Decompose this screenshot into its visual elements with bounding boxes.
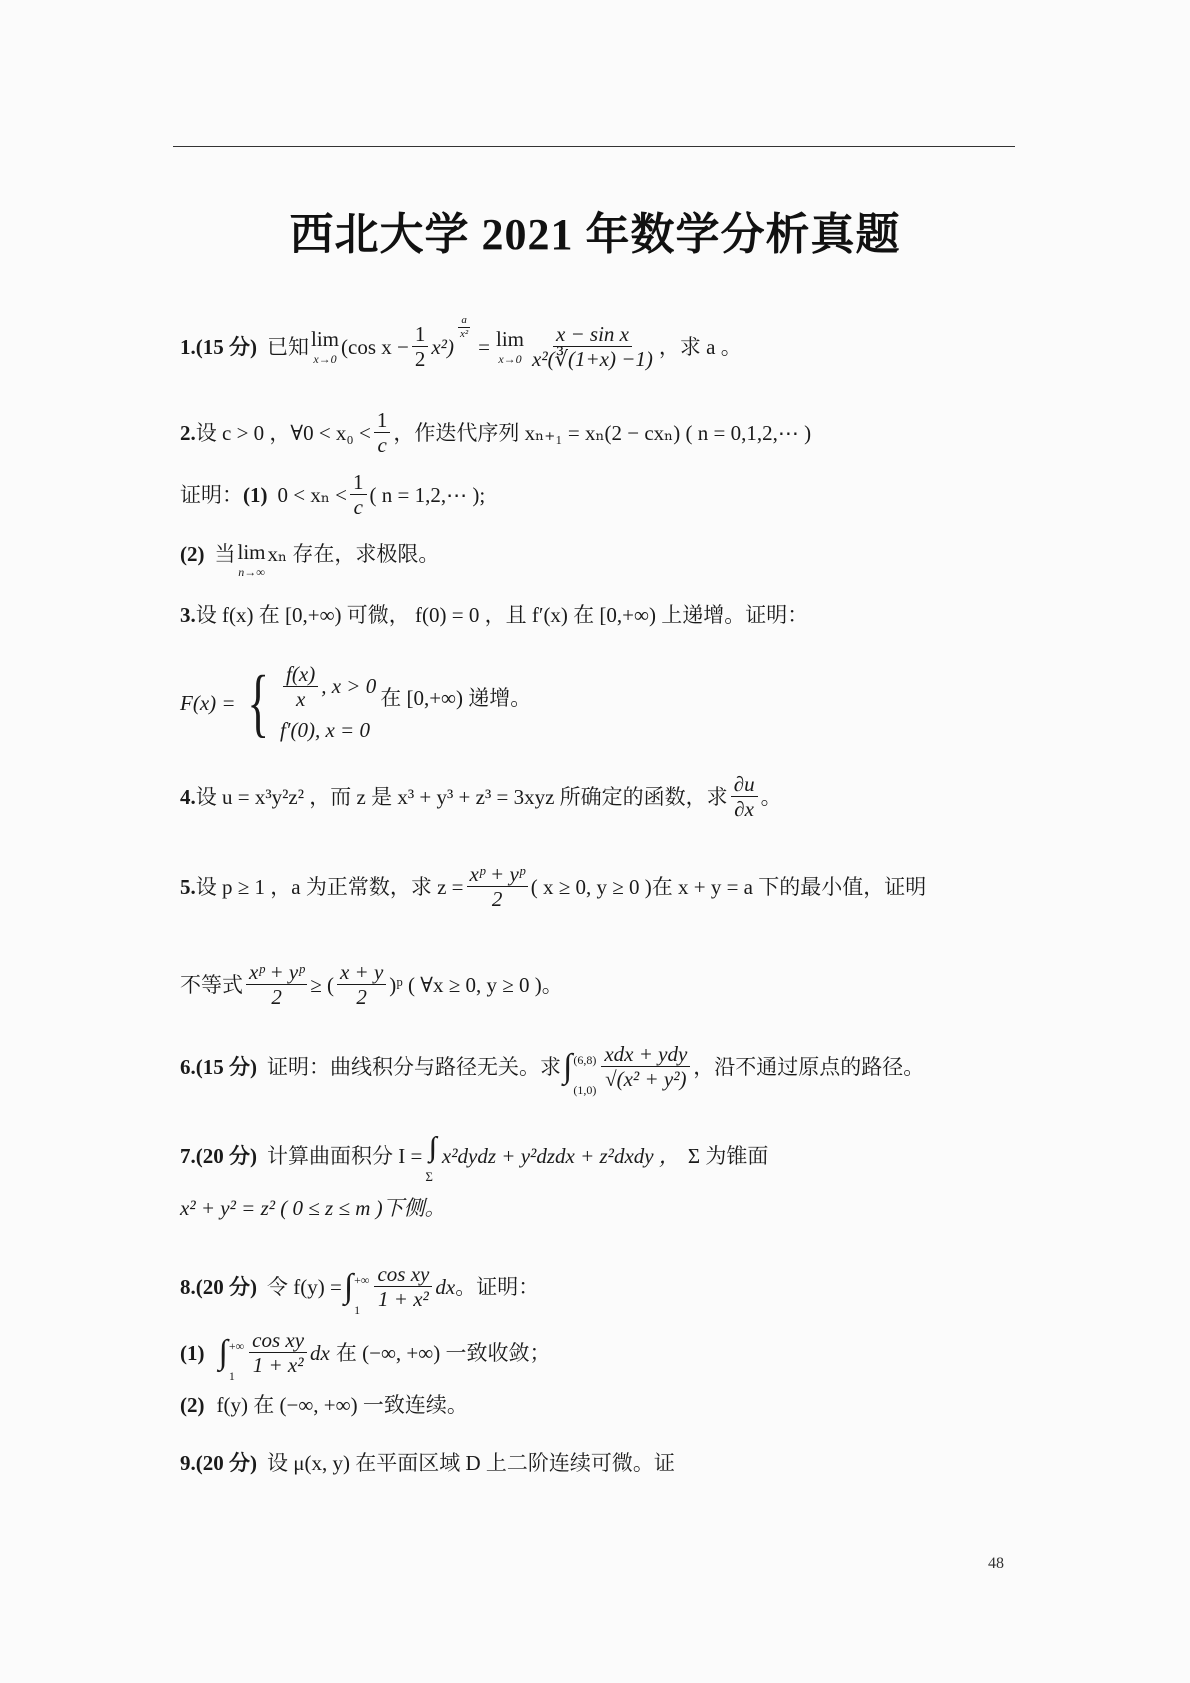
problem-number: 7.	[180, 1141, 196, 1171]
problem-7: 7. (20 分) 计算曲面积分 I = ∫∫ Σ x²dydz + y²dzd…	[180, 1120, 768, 1192]
problem-8-part-2: (2) f(y) 在 (−∞, +∞) 一致连续。	[180, 1390, 468, 1420]
problem-9: 9. (20 分) 设 μ(x, y) 在平面区域 D 上二阶连续可微。证	[180, 1448, 675, 1478]
limit: lim x→0	[496, 329, 524, 365]
fraction: cos xy 1 + x²	[249, 1328, 307, 1377]
integral-sign: ∫	[563, 1050, 572, 1084]
surface-integral: ∫∫ Σ	[425, 1134, 433, 1192]
page-title: 西北大学 2021 年数学分析真题	[0, 198, 1190, 262]
fraction: xᵖ + yᵖ 2	[467, 862, 528, 911]
fraction: xdx + ydy √(x² + y²)	[601, 1042, 690, 1091]
problem-number: 4.	[180, 782, 196, 812]
problem-points: (20 分)	[196, 1141, 257, 1171]
limit: lim n→∞	[238, 542, 266, 578]
problem-number: 8.	[180, 1272, 196, 1302]
header-rule	[173, 146, 1015, 147]
page-number: 48	[988, 1555, 1004, 1573]
problem-5: 5. 设 p ≥ 1 ，a 为正常数，求 z = xᵖ + yᵖ 2 ( x ≥…	[180, 862, 926, 911]
problem-1: 1. (15 分) 已知 lim x→0 (cos x − 1 2 x²) a …	[180, 322, 742, 371]
problem-8-part-1: (1) ∫ +∞ 1 cos xy 1 + x² dx 在 (−∞, +∞) 一…	[180, 1328, 551, 1377]
integral-sign: ∫	[219, 1336, 228, 1370]
fraction: x + y 2	[337, 960, 386, 1009]
problem-number: 6.	[180, 1052, 196, 1082]
problem-3: 3. 设 f(x) 在 [0,+∞) 可微， f(0) = 0 ，且 f′(x)…	[180, 600, 808, 630]
problem-2: 2. 设 c > 0 ，∀0 < x₀ < 1 c ，作迭代序列 xₙ₊₁ = …	[180, 408, 811, 457]
problem-8: 8. (20 分) 令 f(y) = ∫ +∞ 1 cos xy 1 + x² …	[180, 1262, 539, 1311]
problem-number: 9.	[180, 1448, 196, 1478]
problem-4: 4. 设 u = x³y²z² ，而 z 是 x³ + y³ + z³ = 3x…	[180, 772, 782, 821]
problem-2-part-2: (2) 当 lim n→∞ xₙ 存在，求极限。	[180, 530, 439, 578]
problem-3-definition: F(x) = { f(x) x , x > 0 f′(0), x = 0 在 […	[180, 662, 531, 745]
fraction: ∂u ∂x	[731, 772, 758, 821]
improper-integral: ∫ +∞ 1	[344, 1265, 370, 1309]
problem-number: 3.	[180, 600, 196, 630]
problem-5-inequality: 不等式 xᵖ + yᵖ 2 ≥ ( x + y 2 )ᵖ ( ∀x ≥ 0, y…	[180, 960, 563, 1009]
problem-number: 1.	[180, 332, 196, 362]
problem-2-part-1: 证明： (1) 0 < xₙ < 1 c ( n = 1,2,⋯ );	[180, 470, 485, 519]
fraction: x − sin x x²(∛(1+x) −1)	[529, 322, 656, 371]
problem-number: 5.	[180, 872, 196, 902]
fraction: xᵖ + yᵖ 2	[246, 960, 307, 1009]
fraction: 1 2	[412, 322, 429, 371]
fraction: cos xy 1 + x²	[374, 1262, 432, 1311]
line-integral: ∫ (6,8) (1,0)	[563, 1045, 596, 1089]
problem-points: (15 分)	[196, 1052, 257, 1082]
limit: lim x→0	[311, 329, 339, 365]
problem-6: 6. (15 分) 证明：曲线积分与路径无关。求 ∫ (6,8) (1,0) x…	[180, 1042, 924, 1091]
exponent-fraction: a x²	[457, 314, 471, 340]
problem-points: (15 分)	[196, 332, 257, 362]
fraction: 1 c	[350, 470, 367, 519]
problem-7-cone: x² + y² = z² ( 0 ≤ z ≤ m )下侧。	[180, 1193, 446, 1223]
improper-integral: ∫ +∞ 1	[219, 1331, 245, 1375]
integral-sign: ∫	[344, 1270, 353, 1304]
left-brace: {	[247, 665, 269, 741]
fraction: f(x) x	[283, 662, 318, 711]
problem-points: (20 分)	[196, 1448, 257, 1478]
problem-points: (20 分)	[196, 1272, 257, 1302]
fraction: 1 c	[374, 408, 391, 457]
problem-number: 2.	[180, 418, 196, 448]
